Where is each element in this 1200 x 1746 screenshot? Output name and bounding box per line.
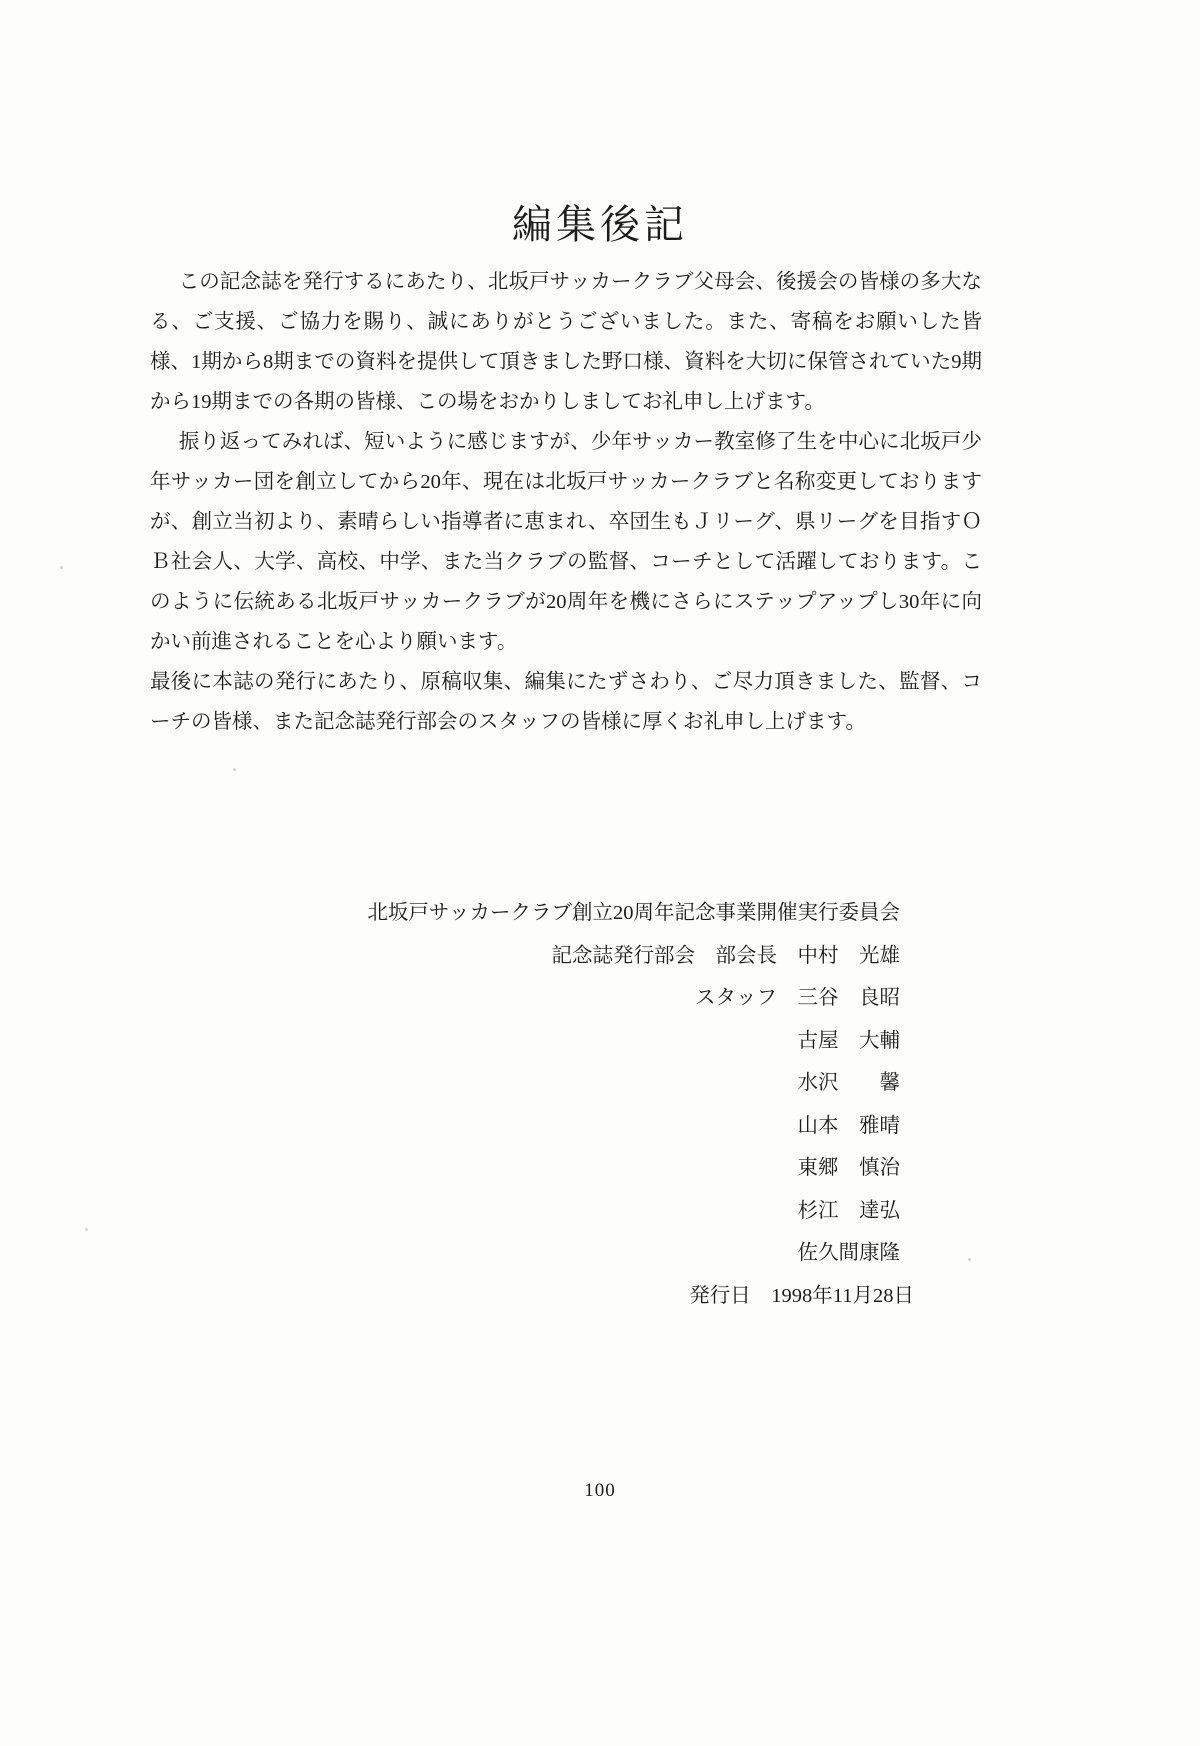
scan-speck [968,1258,971,1261]
credit-line-staff: 東郷 慎治 [367,1147,900,1190]
credit-line-staff-head: スタッフ 三谷 良昭 [367,977,900,1020]
credit-line-staff: 佐久間康隆 [367,1232,900,1275]
credit-line-role: 記念誌発行部会 部会長 中村 光雄 [367,935,900,978]
document-page: 編集後記 この記念誌を発行するにあたり、北坂戸サッカークラブ父母会、後援会の皆様… [0,0,1200,1746]
scan-speck [60,566,63,569]
body-paragraphs: この記念誌を発行するにあたり、北坂戸サッカークラブ父母会、後援会の皆様の多大なる… [150,262,982,742]
credit-line-date: 発行日 1998年11月28日 [367,1275,914,1318]
page-number: 100 [0,1480,1200,1502]
credits-block: 北坂戸サッカークラブ創立20周年記念事業開催実行委員会記念誌発行部会 部会長 中… [367,892,900,1317]
paragraph: 最後に本誌の発行にあたり、原稿収集、編集にたずさわり、ご尽力頂きました、監督、コ… [150,662,982,742]
page-title: 編集後記 [0,193,1200,250]
credit-line-staff: 古屋 大輔 [367,1020,900,1063]
paragraph: 振り返ってみれば、短いように感じますが、少年サッカー教室修了生を中心に北坂戸少年… [150,422,982,662]
credit-line-staff: 杉江 達弘 [367,1190,900,1233]
scan-speck [85,1228,88,1231]
credit-line-staff: 山本 雅晴 [367,1105,900,1148]
credit-line-committee: 北坂戸サッカークラブ創立20周年記念事業開催実行委員会 [367,892,900,935]
paragraph: この記念誌を発行するにあたり、北坂戸サッカークラブ父母会、後援会の皆様の多大なる… [150,262,982,422]
credit-line-staff: 水沢 馨 [367,1062,900,1105]
scan-speck [233,768,236,771]
